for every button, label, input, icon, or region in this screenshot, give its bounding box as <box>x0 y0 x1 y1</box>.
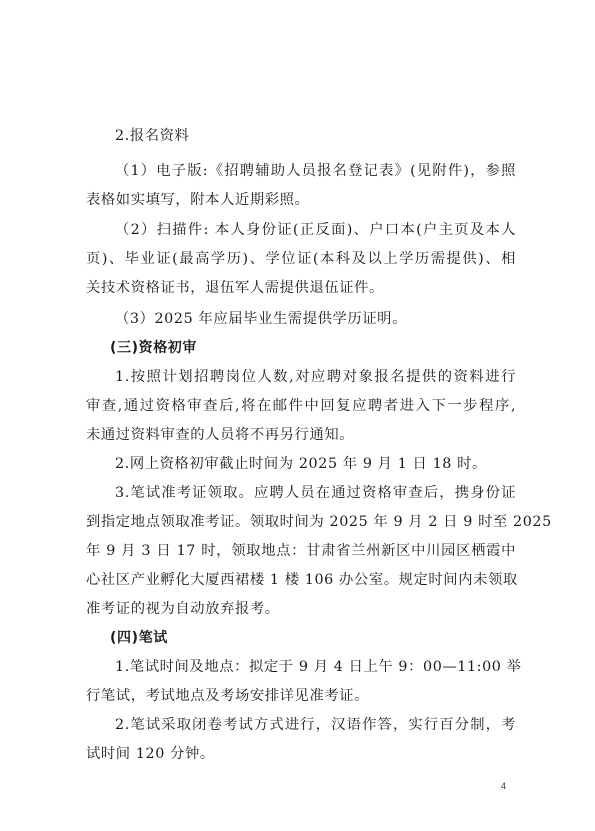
page-number: 4 <box>501 781 506 791</box>
paragraph-line: 1.笔试时间及地点：拟定于 9 月 4 日上午 9：00—11:00 举 <box>115 658 516 676</box>
document-page: 2.报名资料 （1）电子版:《招聘辅助人员报名登记表》(见附件)，参照 表格如实… <box>0 0 595 831</box>
paragraph-line: 到指定地点领取准考证。领取时间为 2025 年 9 月 2 日 9 时至 202… <box>86 513 516 531</box>
paragraph-line: （2）扫描件: 本人身份证(正反面)、户口本(户主页及本人 <box>115 221 516 239</box>
section-heading-written-exam: (四)笔试 <box>110 629 540 647</box>
paragraph-line: 页)、毕业证(最高学历)、学位证(本科及以上学历需提供)、相 <box>86 250 516 268</box>
paragraph-line: 未通过资料审查的人员将不再另行通知。 <box>86 426 516 444</box>
paragraph-line: 关技术资格证书，退伍军人需提供退伍证件。 <box>86 279 516 297</box>
paragraph-line: 1.按照计划招聘岗位人数,对应聘对象报名提供的资料进行 <box>115 368 516 386</box>
paragraph-line: （3）2025 年应届毕业生需提供学历证明。 <box>115 310 545 328</box>
paragraph-line: （1）电子版:《招聘辅助人员报名登记表》(见附件)，参照 <box>115 162 516 180</box>
section-heading-qualification-review: (三)资格初审 <box>110 339 540 357</box>
paragraph-line: 年 9 月 3 日 17 时，领取地点：甘肃省兰州新区中川园区栖霞中 <box>86 542 516 560</box>
paragraph-line: 心社区产业孵化大厦西裙楼 1 楼 106 办公室。规定时间内未领取 <box>86 571 516 589</box>
paragraph-line: 试时间 120 分钟。 <box>86 745 516 763</box>
paragraph-line: 准考证的视为自动放弃报考。 <box>86 600 516 618</box>
paragraph-line: 2.网上资格初审截止时间为 2025 年 9 月 1 日 18 时。 <box>115 455 545 473</box>
paragraph-line: 表格如实填写，附本人近期彩照。 <box>86 191 516 209</box>
paragraph-line: 2.笔试采取闭卷考试方式进行，汉语作答，实行百分制，考 <box>115 716 516 734</box>
subheading-registration-materials: 2.报名资料 <box>115 127 545 145</box>
paragraph-line: 审查,通过资格审查后,将在邮件中回复应聘者进入下一步程序, <box>86 397 516 415</box>
paragraph-line: 行笔试，考试地点及考场安排详见准考证。 <box>86 687 516 705</box>
paragraph-line: 3.笔试准考证领取。应聘人员在通过资格审查后，携身份证 <box>115 484 516 502</box>
